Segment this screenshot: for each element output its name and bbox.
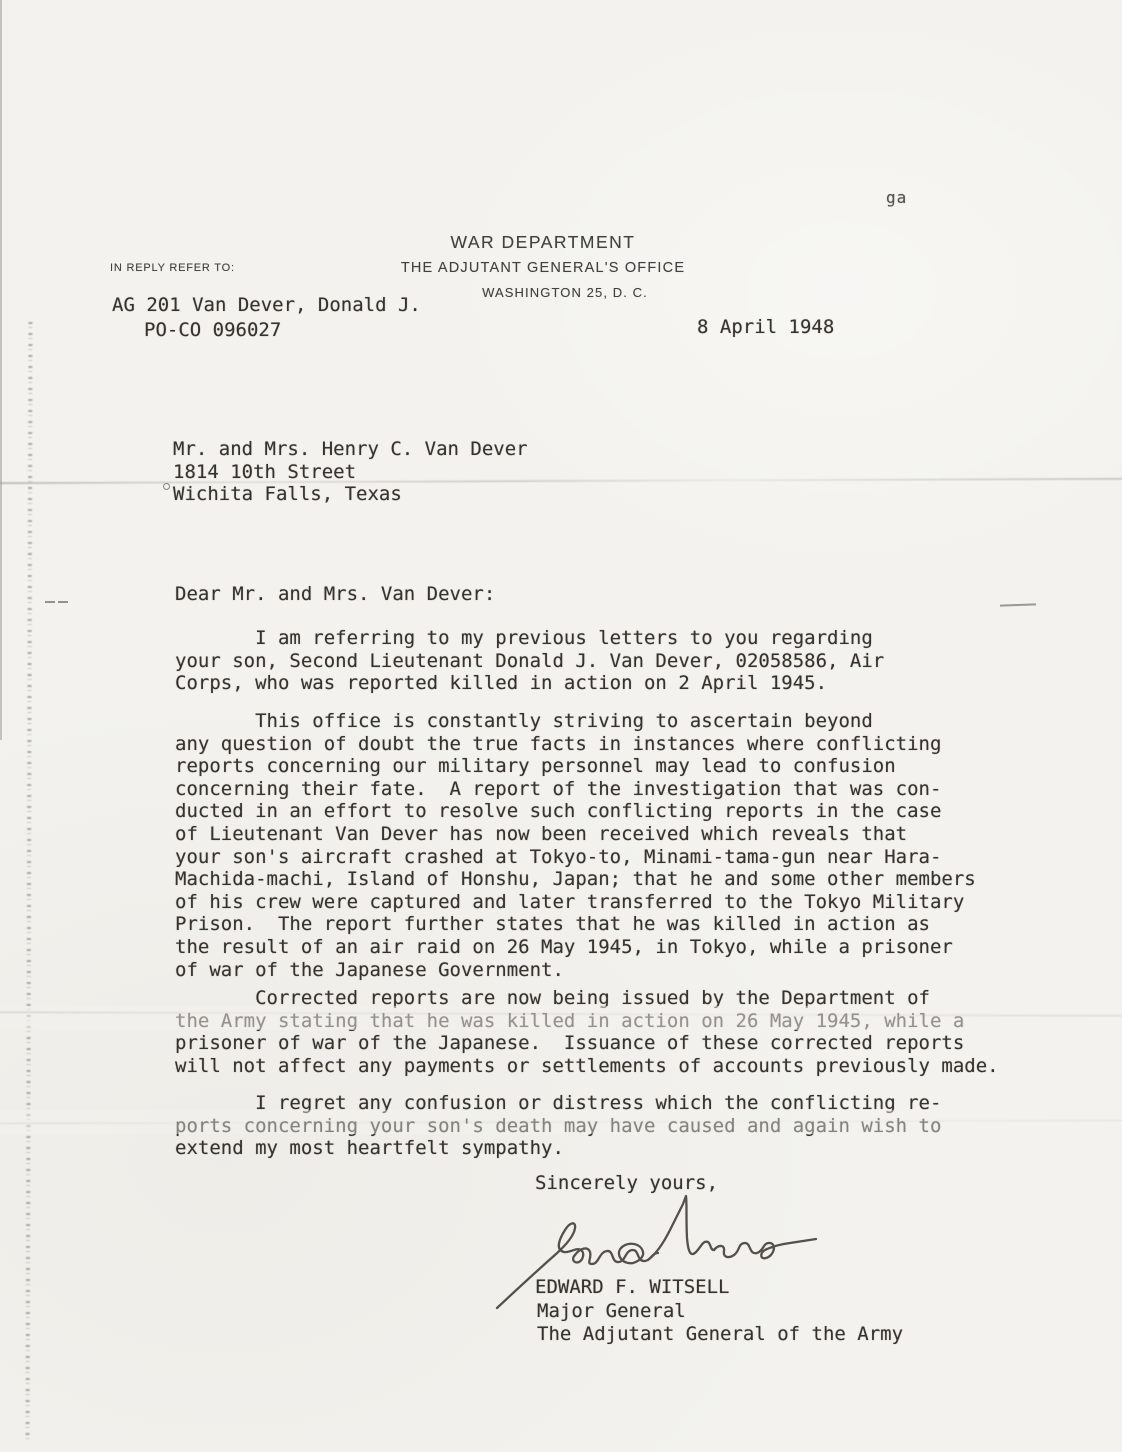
signature-initial-loop bbox=[619, 1244, 643, 1263]
paragraph-1: I am referring to my previous letters to… bbox=[175, 627, 1005, 695]
letter-page: ga WAR DEPARTMENT THE ADJUTANT GENERAL'S… bbox=[0, 0, 1122, 1452]
letterhead-department: WAR DEPARTMENT bbox=[0, 232, 1086, 253]
recipient-name: Mr. and Mrs. Henry C. Van Dever bbox=[173, 438, 528, 461]
stray-mark bbox=[163, 483, 170, 490]
reply-refer-label: IN REPLY REFER TO: bbox=[110, 262, 235, 274]
signature-last-name-tail bbox=[714, 1239, 816, 1258]
paragraph-3: Corrected reports are now being issued b… bbox=[175, 987, 1005, 1077]
scan-edge-artifact bbox=[0, 0, 2, 740]
signer-name: EDWARD F. WITSELL bbox=[535, 1276, 729, 1299]
pencil-dash-right bbox=[1000, 603, 1036, 606]
reference-line-1: AG 201 Van Dever, Donald J. bbox=[112, 294, 421, 317]
reference-line-2: PO-CO 096027 bbox=[144, 319, 281, 342]
pencil-dash-left bbox=[45, 601, 70, 603]
signature-first-name bbox=[575, 1248, 658, 1264]
signature-last-name-spike bbox=[648, 1196, 714, 1260]
signer-rank: Major General bbox=[537, 1300, 686, 1323]
letter-date: 8 April 1948 bbox=[697, 316, 834, 339]
salutation: Dear Mr. and Mrs. Van Dever: bbox=[175, 583, 495, 606]
paragraph-2: This office is constantly striving to as… bbox=[175, 710, 1005, 981]
handwritten-annotation: ga bbox=[886, 187, 907, 210]
recipient-street: 1814 10th Street bbox=[173, 461, 356, 484]
signer-title: The Adjutant General of the Army bbox=[537, 1323, 903, 1346]
recipient-city: Wichita Falls, Texas bbox=[173, 483, 402, 506]
paragraph-4: I regret any confusion or distress which… bbox=[175, 1092, 1005, 1160]
bleedthrough-column-artifact bbox=[26, 322, 33, 1442]
